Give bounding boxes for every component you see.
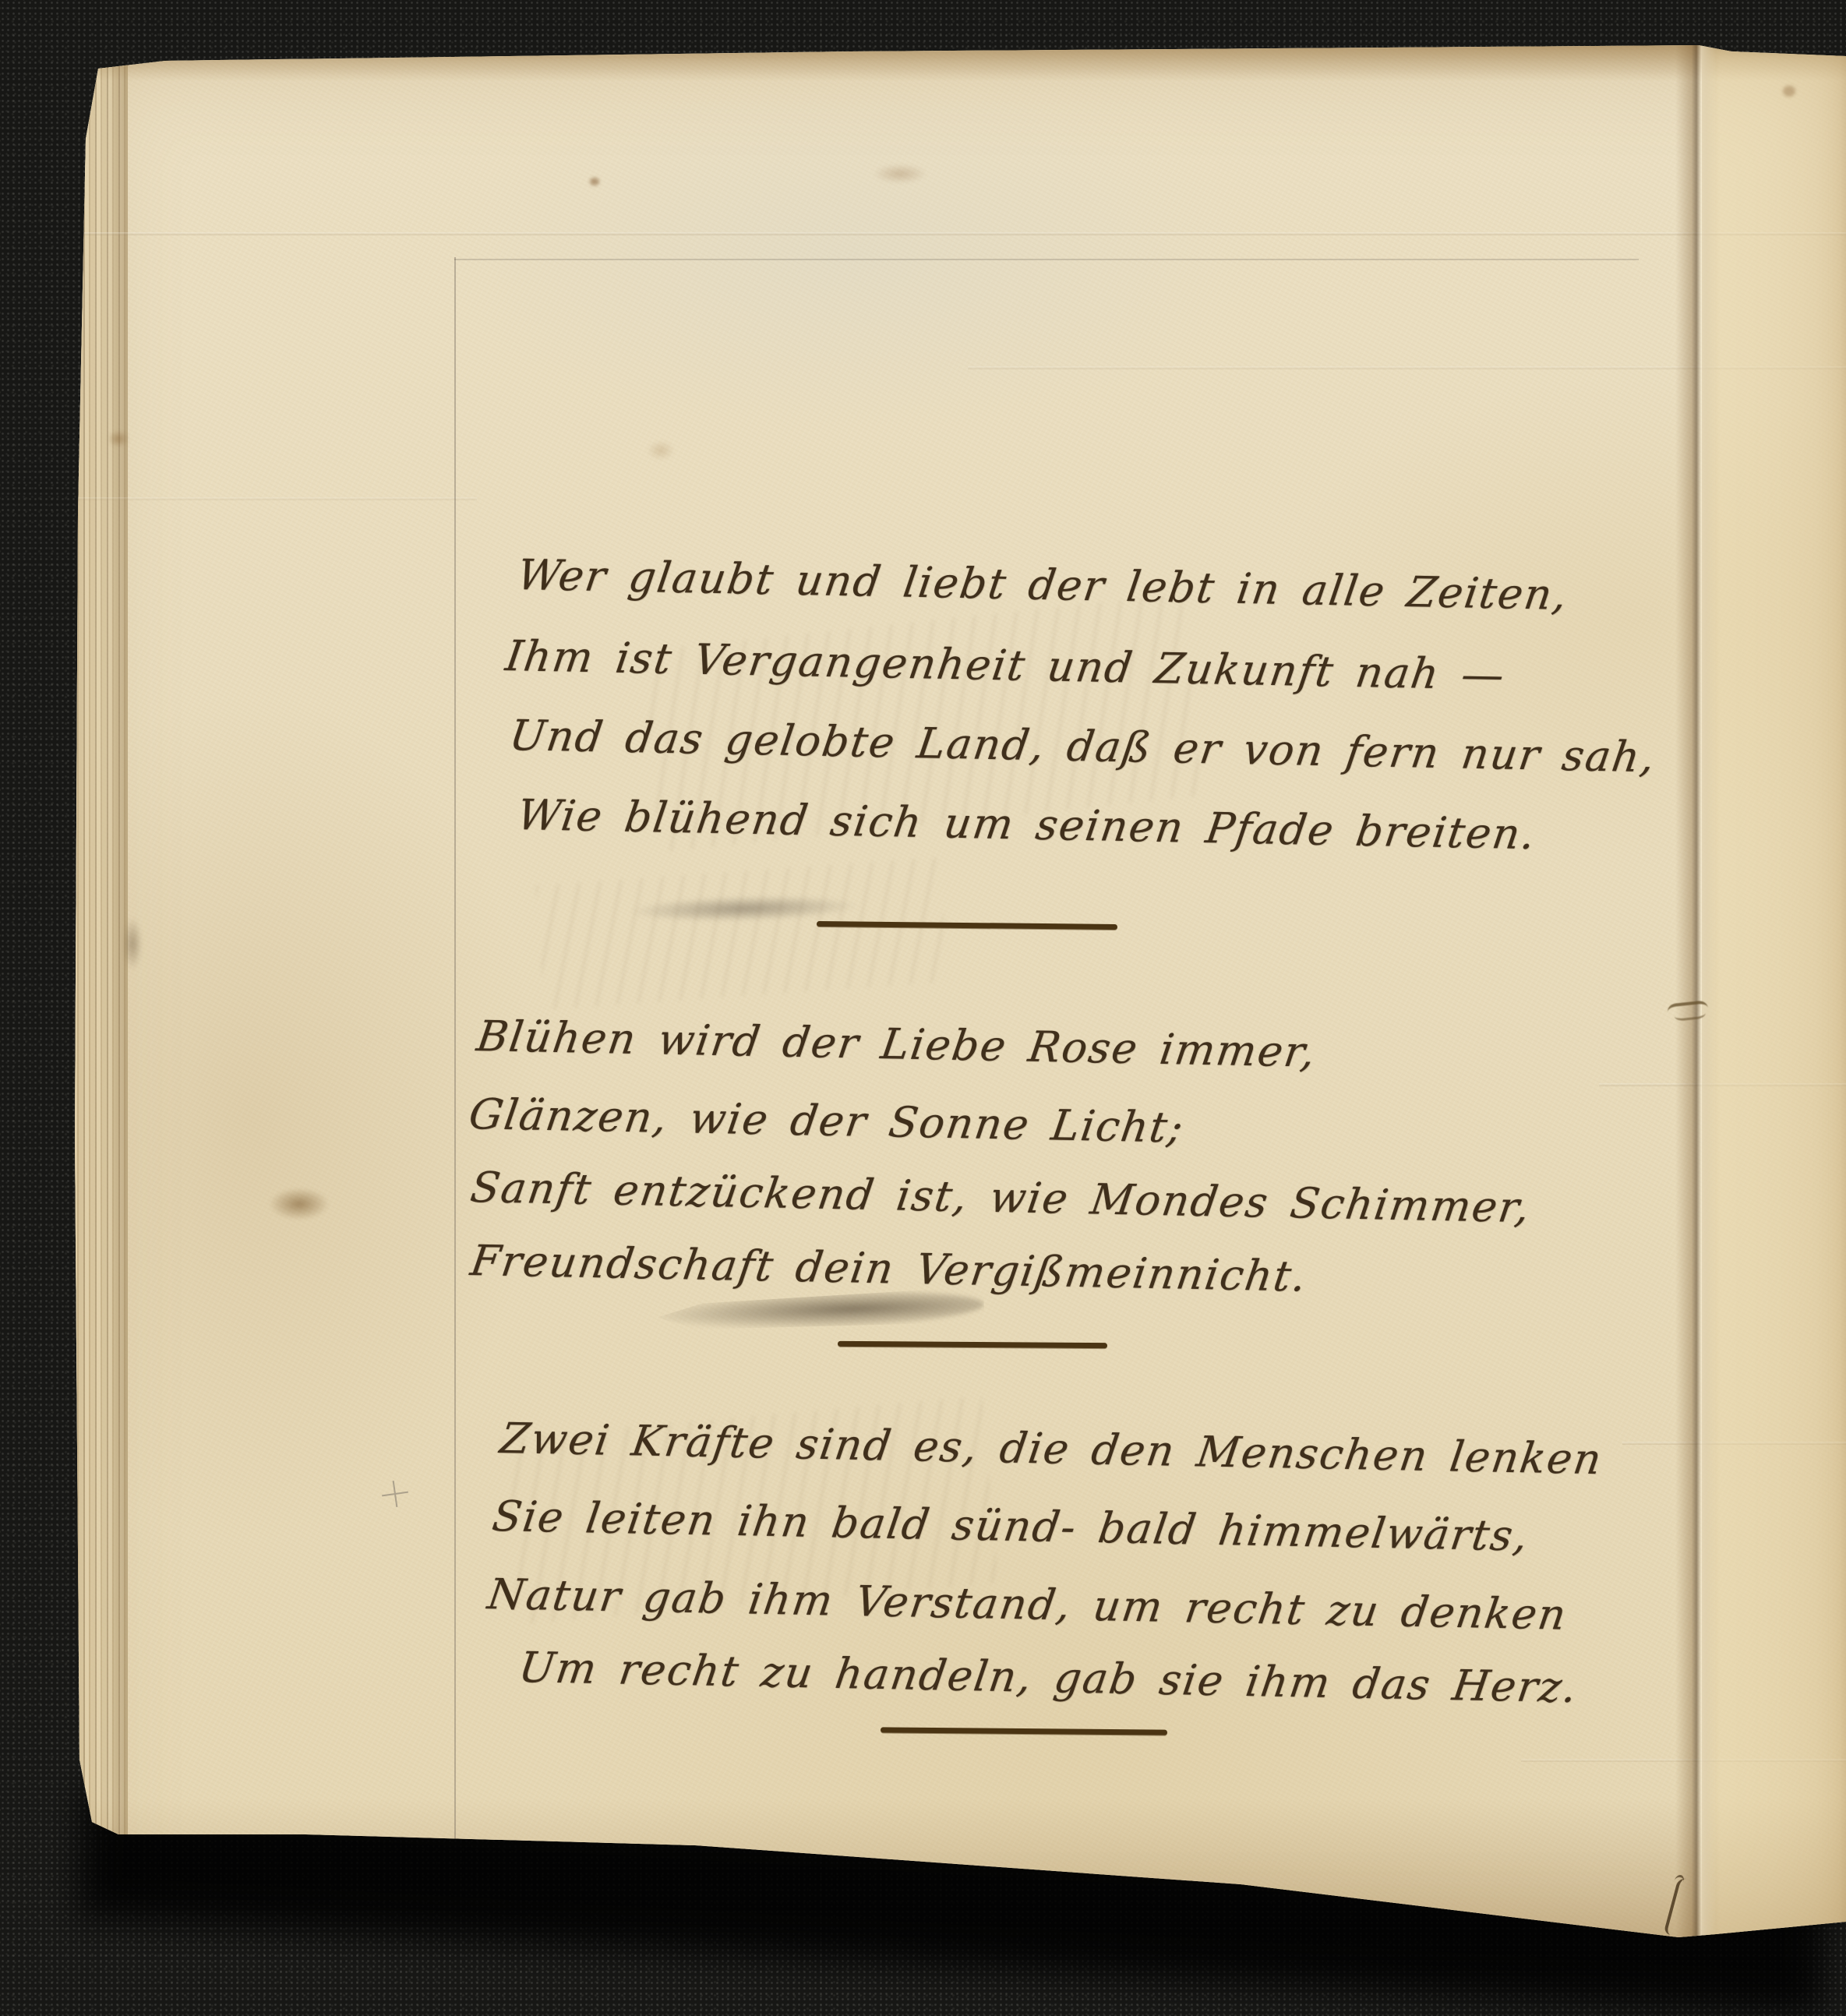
verse-line: Freundschaft dein Vergißmeinnicht. [468, 1236, 1311, 1301]
pencil-margin-line-vertical [454, 257, 456, 1839]
ink-bleedthrough [535, 857, 948, 1010]
page-edge-stack [72, 56, 128, 1838]
paper-crease [72, 232, 1846, 235]
stain-mark [873, 164, 927, 184]
stain-mark [269, 1188, 330, 1220]
facing-page-strip [1702, 45, 1846, 1962]
stain-mark [647, 440, 675, 461]
ink-smudge [656, 1287, 984, 1334]
verse-line: Natur gab ihm Verstand, um recht zu denk… [485, 1569, 1570, 1640]
stanza-divider-rule [881, 1727, 1167, 1735]
verse-line: Wer glaubt und liebt der lebt in alle Ze… [514, 550, 1572, 620]
verse-line: Um recht zu handeln, gab sie ihm das Her… [516, 1643, 1581, 1712]
photograph-black-backdrop: Wer glaubt und liebt der lebt in alle Ze… [0, 0, 1846, 2016]
pencil-cross-mark [382, 1481, 408, 1507]
manuscript-page: Wer glaubt und liebt der lebt in alle Ze… [72, 45, 1846, 1962]
verse-line: Sanft entzückend ist, wie Mondes Schimme… [468, 1163, 1534, 1232]
page-top-edge-shading [72, 45, 1846, 81]
verse-line: Blühen wird der Liebe Rose immer, [474, 1012, 1320, 1077]
stanza-divider-rule [838, 1341, 1107, 1348]
pencil-margin-line-horizontal [454, 259, 1639, 260]
stain-mark [590, 178, 599, 185]
stain-mark [108, 430, 129, 447]
verse-line: Glänzen, wie der Sonne Licht; [466, 1089, 1188, 1153]
stain-mark [123, 918, 142, 969]
binding-thread [1667, 1000, 1709, 1019]
paper-crease [72, 497, 477, 500]
